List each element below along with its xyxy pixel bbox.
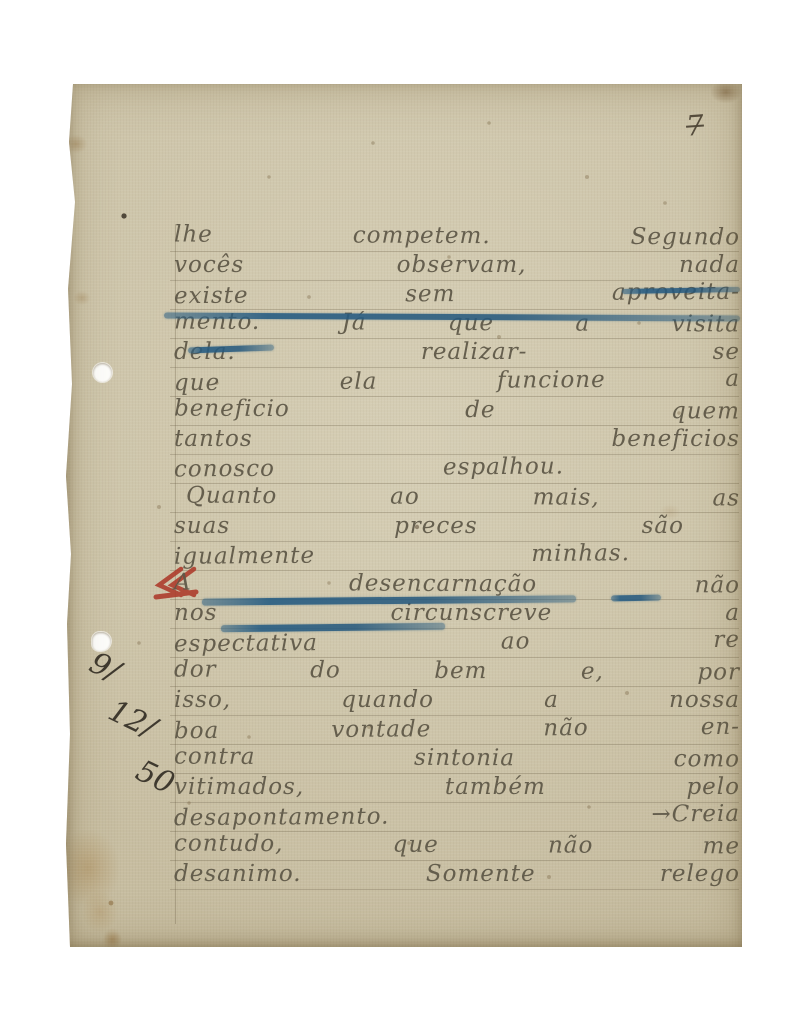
scan-background: 7 9/ 12/ 50 lhe competem. Segundo vocês …: [0, 0, 809, 1024]
handwritten-line: igualmente minhas.: [174, 540, 630, 573]
handwritten-line: dela. realizar- se: [174, 339, 740, 368]
punch-hole-top: [93, 363, 112, 382]
page-number: 7: [685, 106, 737, 142]
handwritten-line: mento. Já que a visita: [174, 309, 740, 341]
handwritten-line: espectativa ao re: [174, 627, 740, 660]
handwritten-line: dor do bem e, por: [174, 657, 740, 689]
handwritten-line: boa vontade não en-: [174, 714, 740, 747]
handwritten-line: A desencarnação não: [174, 570, 740, 602]
handwritten-line: desapontamento. →Creia: [174, 801, 740, 834]
handwritten-line: que ela funcione a: [174, 366, 740, 399]
handwritten-line: vocês observam, nada: [174, 252, 740, 281]
handwritten-line: suas preces são: [174, 513, 684, 542]
handwritten-line: nos circunscreve a: [174, 600, 740, 629]
margin-date-day: 9/: [84, 645, 126, 689]
handwritten-line: isso, quando a nossa: [174, 687, 740, 716]
foxing-specks: [66, 84, 68, 86]
handwritten-line: tantos beneficios: [174, 426, 740, 455]
handwritten-line: Quanto ao mais, as: [174, 483, 740, 515]
handwritten-line: vitimados, também pelo: [174, 774, 740, 803]
handwritten-line: desanimo. Somente relego: [174, 861, 740, 890]
handwritten-line: existe sem aproveita-: [174, 279, 740, 312]
manuscript-page: 7 9/ 12/ 50 lhe competem. Segundo vocês …: [66, 84, 742, 947]
handwritten-line: lhe competem. Segundo: [174, 222, 740, 254]
handwritten-line: contra sintonia como: [174, 744, 740, 776]
margin-date-year: 50: [130, 753, 180, 801]
handwritten-text-block: lhe competem. Segundo vocês observam, na…: [174, 223, 740, 890]
handwritten-line: contudo, que não me: [174, 831, 740, 863]
margin-date-month: 12/: [103, 693, 162, 746]
handwritten-line: conosco espalhou.: [174, 453, 564, 485]
handwritten-line: beneficio de quem: [174, 396, 740, 428]
